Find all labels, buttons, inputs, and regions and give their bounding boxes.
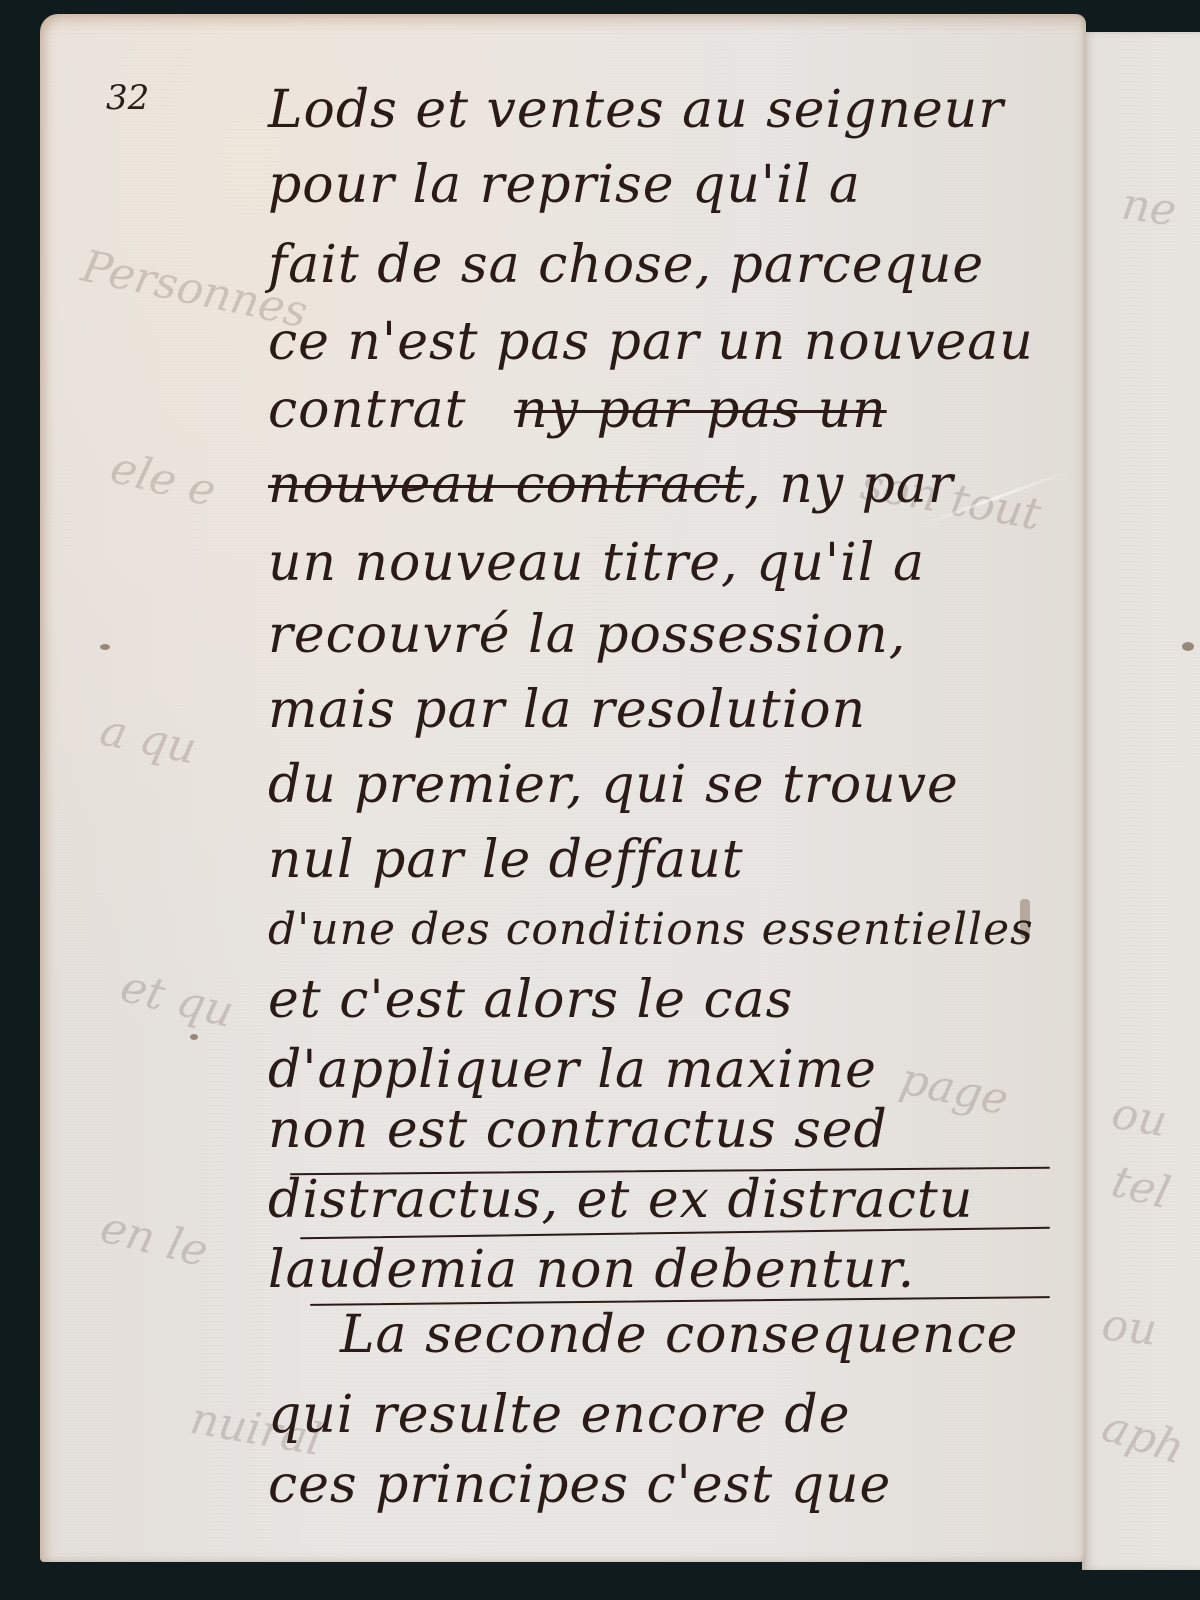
manuscript-line-19: qui resulte encore de [268, 1385, 1068, 1445]
ink-spot [100, 644, 110, 650]
manuscript-line-2: pour la reprise qu'il a [268, 155, 1068, 215]
bleed-through-text: ne [1119, 178, 1180, 236]
ink-spot [190, 1034, 198, 1040]
manuscript-line-14: d'appliquer la maxime [268, 1040, 1068, 1100]
manuscript-line-6: nouveau contract, ny par [268, 455, 1068, 515]
manuscript-line-5: contrat ny par pas un [268, 380, 1068, 440]
manuscript-line-3: fait de sa chose, parceque [268, 235, 1068, 295]
manuscript-line-12: d'une des conditions essentielles [268, 900, 1068, 960]
manuscript-line-11: nul par le deffaut [268, 830, 1068, 890]
manuscript-line-17: laudemia non debentur. [268, 1240, 1068, 1300]
manuscript-line-7: un nouveau titre, qu'il a [268, 533, 1068, 593]
manuscript-line-10: du premier, qui se trouve [268, 755, 1068, 815]
struck-text: ny par pas un [514, 380, 887, 440]
ink-spot [1182, 642, 1194, 651]
bleed-through-text: et qu [116, 961, 239, 1038]
manuscript-line-15: non est contractus sed [268, 1100, 1068, 1160]
manuscript-line-8: recouvré la possession, [268, 605, 1068, 665]
line-text: , ny par [744, 455, 954, 515]
struck-text: nouveau contract [268, 455, 744, 515]
bleed-through-text: aph [1096, 1400, 1190, 1474]
bleed-through-text: en le [95, 1202, 213, 1278]
manuscript-line-20: ces principes c'est que [268, 1455, 1068, 1515]
manuscript-line-18: La seconde consequence [340, 1305, 1140, 1365]
bleed-through-text: ele e [105, 442, 220, 517]
bleed-through-text: a qu [96, 705, 201, 775]
manuscript-line-9: mais par la resolution [268, 680, 1068, 740]
bleed-through-text: ou [1108, 1088, 1171, 1148]
manuscript-line-16: distractus, et ex distractu [268, 1170, 1068, 1230]
manuscript-line-1: Lods et ventes au seigneur [268, 80, 1068, 140]
manuscript-line-4: ce n'est pas par un nouveau [268, 312, 1068, 372]
bleed-through-text: tel [1107, 1156, 1175, 1219]
page-number: 32 [106, 78, 149, 118]
manuscript-line-13: et c'est alors le cas [268, 970, 1068, 1030]
line-text: contrat [268, 380, 467, 440]
